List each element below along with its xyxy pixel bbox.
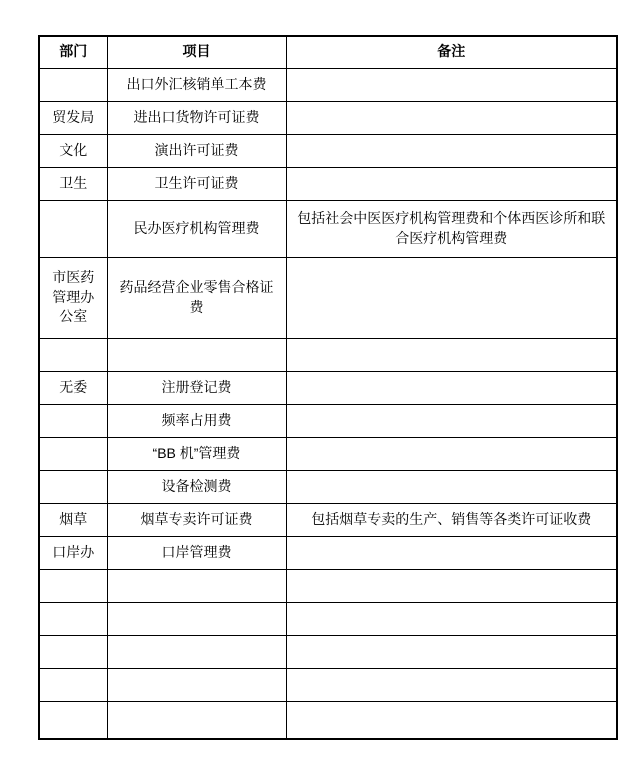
dept-cell: [39, 470, 107, 503]
item-cell: [107, 701, 286, 739]
note-cell: 包括社会中医医疗机构管理费和个体西医诊所和联合医疗机构管理费: [286, 200, 617, 257]
note-cell: [286, 470, 617, 503]
note-cell: [286, 635, 617, 668]
note-cell: [286, 404, 617, 437]
note-cell: [286, 371, 617, 404]
note-cell: [286, 167, 617, 200]
header-item: 项目: [107, 36, 286, 68]
note-cell: [286, 101, 617, 134]
table-row: 出口外汇核销单工本费: [39, 68, 617, 101]
item-cell: 注册登记费: [107, 371, 286, 404]
note-cell: [286, 68, 617, 101]
fee-table-container: 部门 项目 备注 出口外汇核销单工本费贸发局进出口货物许可证费文化演出许可证费卫…: [38, 35, 618, 740]
dept-cell: [39, 404, 107, 437]
dept-cell: 卫生: [39, 167, 107, 200]
dept-cell: [39, 668, 107, 701]
note-cell: [286, 437, 617, 470]
dept-cell: [39, 338, 107, 371]
note-cell: [286, 701, 617, 739]
item-cell: [107, 635, 286, 668]
table-body: 出口外汇核销单工本费贸发局进出口货物许可证费文化演出许可证费卫生卫生许可证费民办…: [39, 68, 617, 739]
table-row: 无委注册登记费: [39, 371, 617, 404]
table-header: 部门 项目 备注: [39, 36, 617, 68]
item-cell: 药品经营企业零售合格证费: [107, 257, 286, 338]
note-cell: [286, 602, 617, 635]
item-cell: [107, 602, 286, 635]
dept-cell: [39, 602, 107, 635]
item-cell: 口岸管理费: [107, 536, 286, 569]
item-cell: 演出许可证费: [107, 134, 286, 167]
table-row: [39, 701, 617, 739]
table-row: 设备检测费: [39, 470, 617, 503]
table-row: [39, 668, 617, 701]
dept-cell: [39, 200, 107, 257]
dept-cell: 贸发局: [39, 101, 107, 134]
table-row: [39, 602, 617, 635]
item-cell: [107, 668, 286, 701]
table-row: [39, 635, 617, 668]
dept-cell: 口岸办: [39, 536, 107, 569]
dept-cell: 市医药管理办公室: [39, 257, 107, 338]
header-dept: 部门: [39, 36, 107, 68]
table-row: [39, 338, 617, 371]
document-page: 部门 项目 备注 出口外汇核销单工本费贸发局进出口货物许可证费文化演出许可证费卫…: [0, 0, 643, 765]
table-row: 口岸办口岸管理费: [39, 536, 617, 569]
dept-cell: [39, 701, 107, 739]
note-cell: [286, 257, 617, 338]
header-note: 备注: [286, 36, 617, 68]
item-cell: 设备检测费: [107, 470, 286, 503]
table-row: 市医药管理办公室药品经营企业零售合格证费: [39, 257, 617, 338]
item-cell: [107, 338, 286, 371]
table-row: 卫生卫生许可证费: [39, 167, 617, 200]
note-cell: [286, 569, 617, 602]
note-cell: [286, 134, 617, 167]
table-row: 频率占用费: [39, 404, 617, 437]
table-row: 烟草烟草专卖许可证费包括烟草专卖的生产、销售等各类许可证收费: [39, 503, 617, 536]
note-cell: [286, 536, 617, 569]
item-cell: “BB 机”管理费: [107, 437, 286, 470]
fee-table: 部门 项目 备注 出口外汇核销单工本费贸发局进出口货物许可证费文化演出许可证费卫…: [38, 35, 618, 740]
item-cell: 出口外汇核销单工本费: [107, 68, 286, 101]
dept-cell: [39, 68, 107, 101]
item-cell: [107, 569, 286, 602]
item-cell: 卫生许可证费: [107, 167, 286, 200]
table-row: 民办医疗机构管理费包括社会中医医疗机构管理费和个体西医诊所和联合医疗机构管理费: [39, 200, 617, 257]
table-row: “BB 机”管理费: [39, 437, 617, 470]
note-cell: 包括烟草专卖的生产、销售等各类许可证收费: [286, 503, 617, 536]
dept-cell: 文化: [39, 134, 107, 167]
dept-cell: 烟草: [39, 503, 107, 536]
item-cell: 进出口货物许可证费: [107, 101, 286, 134]
dept-cell: [39, 635, 107, 668]
dept-cell: 无委: [39, 371, 107, 404]
note-cell: [286, 338, 617, 371]
item-cell: 烟草专卖许可证费: [107, 503, 286, 536]
note-cell: [286, 668, 617, 701]
table-row: 贸发局进出口货物许可证费: [39, 101, 617, 134]
table-row: 文化演出许可证费: [39, 134, 617, 167]
dept-cell: [39, 437, 107, 470]
header-row: 部门 项目 备注: [39, 36, 617, 68]
item-cell: 频率占用费: [107, 404, 286, 437]
table-row: [39, 569, 617, 602]
item-cell: 民办医疗机构管理费: [107, 200, 286, 257]
dept-cell: [39, 569, 107, 602]
